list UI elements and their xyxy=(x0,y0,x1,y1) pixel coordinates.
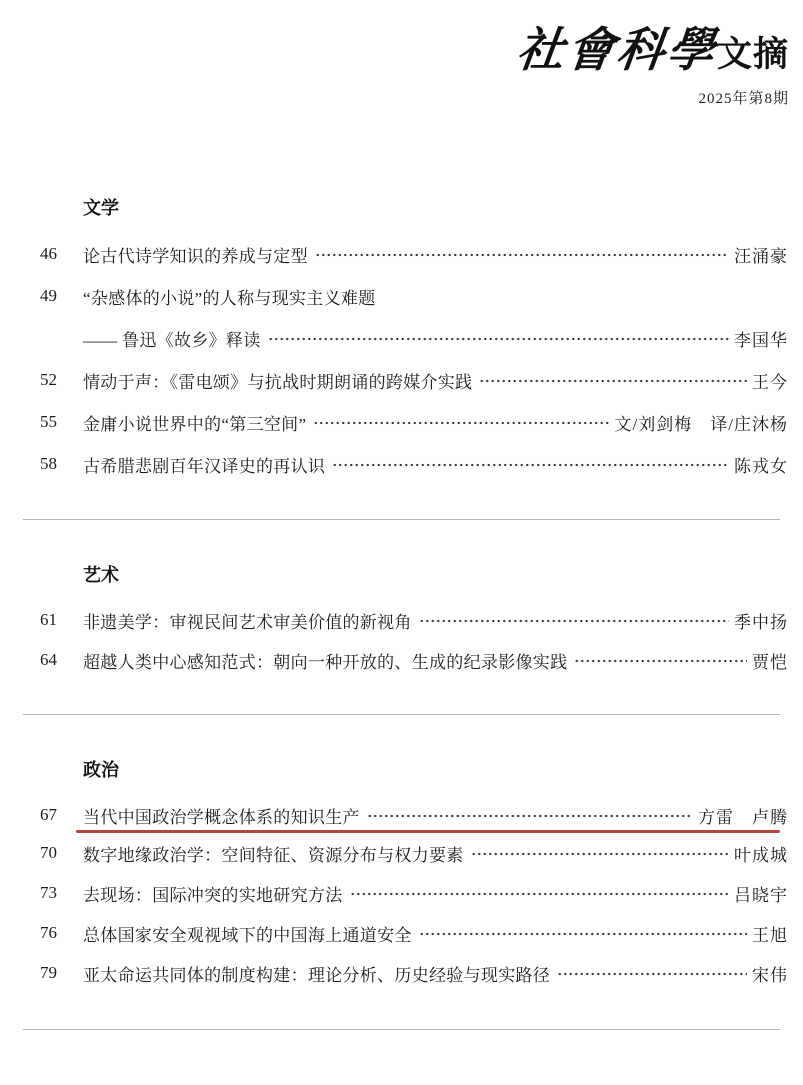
page-number: 46 xyxy=(40,244,83,264)
entry-title: 非遗美学：审视民间艺术审美价值的新视角 xyxy=(83,608,412,633)
entry-title: 论古代诗学知识的养成与定型 xyxy=(83,242,308,267)
page-number: 55 xyxy=(40,412,83,432)
dot-leader xyxy=(557,966,747,982)
table-of-contents: 文学 46 论古代诗学知识的养成与定型 汪涌豪 49 “杂感体的小说”的人称与现… xyxy=(0,198,803,1030)
section-art: 艺术 61 非遗美学：审视民间艺术审美价值的新视角 季中扬 64 超越人类中心感… xyxy=(0,565,803,680)
toc-entry: 64 超越人类中心感知范式：朝向一种开放的、生成的纪录影像实践 贾恺 xyxy=(40,640,788,680)
page-number: 61 xyxy=(40,610,83,630)
entry-title: 数字地缘政治学：空间特征、资源分布与权力要素 xyxy=(83,841,464,866)
dot-leader xyxy=(315,247,729,263)
dot-leader xyxy=(313,415,609,431)
dot-leader xyxy=(419,926,747,942)
dot-leader xyxy=(367,808,693,824)
toc-entry: 52 情动于声：《雷电颂》与抗战时期朗诵的跨媒介实践 王今 xyxy=(40,359,788,401)
toc-entry: 49 “杂感体的小说”的人称与现实主义难题 xyxy=(40,275,788,317)
entry-authors: 宋伟 xyxy=(752,961,788,986)
journal-logo: 社會科學 文摘 xyxy=(517,26,789,78)
entry-title: 超越人类中心感知范式：朝向一种开放的、生成的纪录影像实践 xyxy=(83,648,567,673)
entry-title: 亚太命运共同体的制度构建：理论分析、历史经验与现实路径 xyxy=(83,961,550,986)
page-number: 70 xyxy=(40,843,83,863)
dot-leader xyxy=(471,846,729,862)
page-number: 67 xyxy=(40,805,83,825)
toc-entry: 70 数字地缘政治学：空间特征、资源分布与权力要素 叶成城 xyxy=(40,833,788,873)
dot-leader xyxy=(419,613,729,629)
entry-authors: 王旭 xyxy=(752,921,788,946)
entry-title: 古希腊悲剧百年汉译史的再认识 xyxy=(83,452,325,477)
dot-leader xyxy=(350,886,730,902)
section-literature: 文学 46 论古代诗学知识的养成与定型 汪涌豪 49 “杂感体的小说”的人称与现… xyxy=(0,198,803,485)
entry-title: 金庸小说世界中的“第三空间” xyxy=(83,410,306,435)
toc-entry: 76 总体国家安全观视域下的中国海上通道安全 王旭 xyxy=(40,913,788,953)
toc-entry: 73 去现场：国际冲突的实地研究方法 吕晓宇 xyxy=(40,873,788,913)
entry-authors: 王今 xyxy=(752,368,788,393)
section-title: 艺术 xyxy=(83,565,788,586)
section-politics: 政治 67 当代中国政治学概念体系的知识生产 方雷 卢腾 70 数字地缘政治学：… xyxy=(0,760,803,993)
entry-authors: 吕晓宇 xyxy=(734,881,788,906)
page-number: 64 xyxy=(40,650,83,670)
dot-leader xyxy=(574,653,747,669)
page-number: 79 xyxy=(40,963,83,983)
toc-entry-subtitle: —— 鲁迅《故乡》释读 李国华 xyxy=(40,317,788,359)
dot-leader xyxy=(268,331,729,347)
entry-title: 去现场：国际冲突的实地研究方法 xyxy=(83,881,343,906)
toc-entry: 55 金庸小说世界中的“第三空间” 文/刘剑梅 译/庄沐杨 xyxy=(40,401,788,443)
entry-title: “杂感体的小说”的人称与现实主义难题 xyxy=(83,284,376,309)
section-title: 政治 xyxy=(83,760,788,781)
section-title: 文学 xyxy=(83,198,788,219)
entry-authors: 叶成城 xyxy=(734,841,788,866)
entry-authors: 陈戎女 xyxy=(734,452,788,477)
entry-authors: 文/刘剑梅 译/庄沐杨 xyxy=(615,410,788,435)
entry-authors: 李国华 xyxy=(734,326,788,351)
page-number: 76 xyxy=(40,923,83,943)
toc-entry: 79 亚太命运共同体的制度构建：理论分析、历史经验与现实路径 宋伟 xyxy=(40,953,788,993)
masthead: 社會科學 文摘 2025年第8期 xyxy=(517,26,789,108)
entry-authors: 汪涌豪 xyxy=(734,242,788,267)
entry-authors: 贾恺 xyxy=(752,648,788,673)
page-number: 52 xyxy=(40,370,83,390)
toc-entry: 46 论古代诗学知识的养成与定型 汪涌豪 xyxy=(40,233,788,275)
toc-entry-highlighted: 67 当代中国政治学概念体系的知识生产 方雷 卢腾 xyxy=(40,795,788,835)
section-divider xyxy=(23,1029,780,1030)
entry-title: 情动于声：《雷电颂》与抗战时期朗诵的跨媒介实践 xyxy=(83,368,472,393)
journal-logo-calligraphy: 社會科學 xyxy=(514,26,720,78)
section-divider xyxy=(23,519,780,520)
dot-leader xyxy=(479,373,747,389)
journal-toc-page: 社會科學 文摘 2025年第8期 文学 46 论古代诗学知识的养成与定型 汪涌豪… xyxy=(0,0,803,1085)
entry-subtitle: —— 鲁迅《故乡》释读 xyxy=(83,326,261,351)
dot-leader xyxy=(332,457,729,473)
page-number: 58 xyxy=(40,454,83,474)
toc-entry: 61 非遗美学：审视民间艺术审美价值的新视角 季中扬 xyxy=(40,600,788,640)
issue-label: 2025年第8期 xyxy=(517,87,789,108)
page-number: 49 xyxy=(40,286,83,306)
journal-logo-text: 文摘 xyxy=(717,36,789,75)
entry-authors: 季中扬 xyxy=(734,608,788,633)
page-number: 73 xyxy=(40,883,83,903)
toc-entry: 58 古希腊悲剧百年汉译史的再认识 陈戎女 xyxy=(40,443,788,485)
entry-title: 当代中国政治学概念体系的知识生产 xyxy=(83,803,360,828)
entry-authors: 方雷 卢腾 xyxy=(698,803,788,828)
entry-title: 总体国家安全观视域下的中国海上通道安全 xyxy=(83,921,412,946)
section-divider xyxy=(23,714,780,715)
